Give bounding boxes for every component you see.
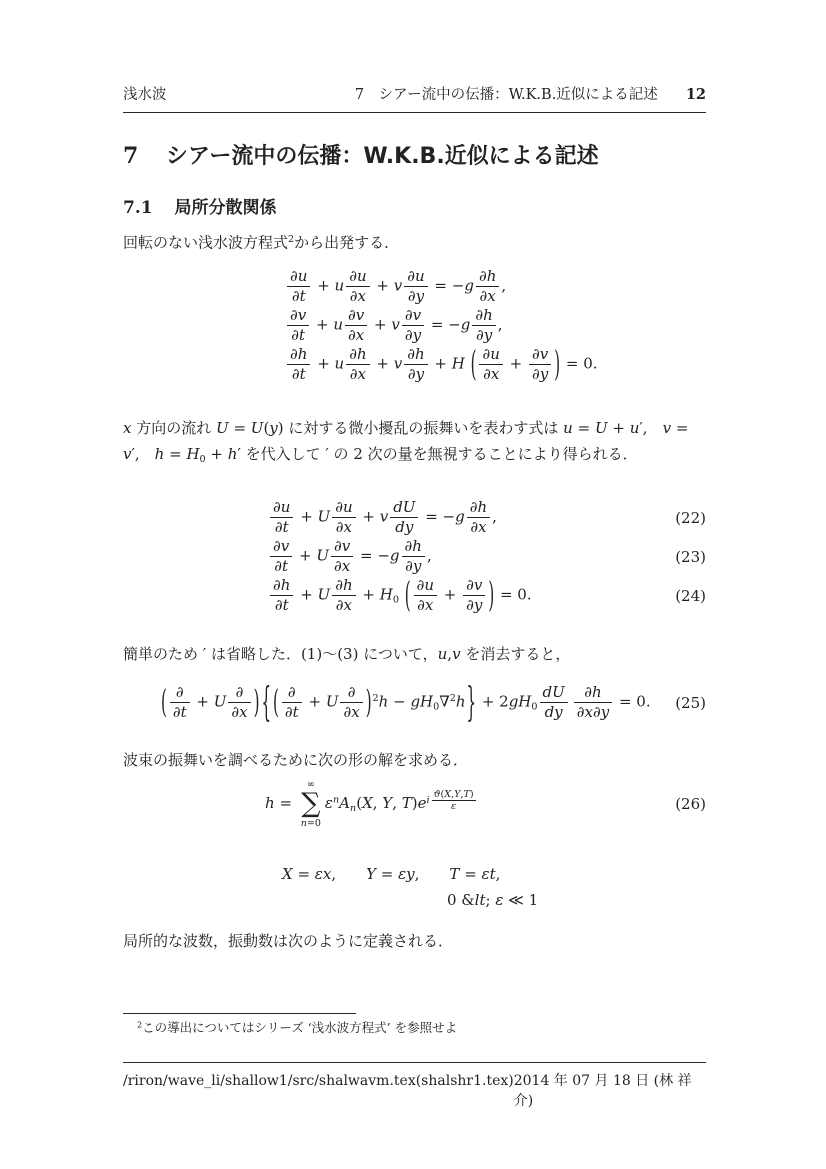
equation-epsilon-condition: 0 &lt; ε ≪ 1 <box>123 888 706 912</box>
equation-26: h = ∞∑n=0εnAn(X, Y, T)eiϑ(X,Y,T)ε <box>123 779 675 829</box>
equation-number: (26) <box>675 795 706 813</box>
equations-scaling: X = εx,Y = εy,T = εt, 0 &lt; ε ≪ 1 <box>123 860 706 914</box>
header-left-title: 浅水波 <box>123 83 167 104</box>
page-footer: /riron/wave_li/shallow1/src/shalwavm.tex… <box>123 1062 706 1110</box>
footnote-rule <box>123 1013 356 1014</box>
document-page: 浅水波 7 シアー流中の伝播：W.K.B.近似による記述 12 7 シアー流中の… <box>0 0 826 1169</box>
equation-wkb: h = ∞∑n=0εnAn(X, Y, T)eiϑ(X,Y,T)ε (26) <box>123 777 706 831</box>
equation-number: (24) <box>675 587 706 605</box>
paragraph-local-wavenumber: 局所的な波数，振動数は次のように定義される． <box>123 928 706 954</box>
section-heading: 7 シアー流中の伝播：W.K.B.近似による記述 <box>123 139 706 170</box>
footer-file-path: /riron/wave_li/shallow1/src/shalwavm.tex… <box>123 1073 514 1089</box>
equation-slow-variables: X = εx,Y = εy,T = εt, <box>123 862 706 886</box>
footer-date-author: 2014 年 07 月 18 日 (林 祥介) <box>514 1070 706 1110</box>
equation-24: ∂h∂t + U∂h∂x + H0 (∂u∂x + ∂v∂y) = 0. <box>123 577 675 614</box>
equation-row: ∂v∂t + U∂v∂x = −g∂h∂y, (23) <box>123 538 706 575</box>
page-header: 浅水波 7 シアー流中の伝播：W.K.B.近似による記述 12 <box>123 83 706 113</box>
equation-number: (22) <box>675 509 706 527</box>
footnote-area: 2この導出についてはシリーズ ‘浅水波方程式’ を参照せよ <box>123 1013 706 1036</box>
footnote-text: 2この導出についてはシリーズ ‘浅水波方程式’ を参照せよ <box>123 1018 706 1036</box>
subsection-number: 7.1 <box>123 198 153 218</box>
equation-number: (25) <box>675 694 706 712</box>
equation-number: (23) <box>675 548 706 566</box>
equation-row: h = ∞∑n=0εnAn(X, Y, T)eiϑ(X,Y,T)ε (26) <box>123 779 706 829</box>
equation-row: (∂∂t + U∂∂x){(∂∂t + U∂∂x)2h − gH0∇2h} + … <box>123 684 706 721</box>
equation-combined: (∂∂t + U∂∂x){(∂∂t + U∂∂x)2h − gH0∇2h} + … <box>123 682 706 723</box>
equation-momentum-x: ∂u∂t + u∂u∂x + v∂u∂y = −g∂h∂x, <box>123 268 706 305</box>
paragraph-elimination: 簡単のため ′ は省略した．(1)～(3) について，u,v を消去すると， <box>123 641 706 667</box>
paragraph-intro: 回転のない浅水波方程式2から出発する． <box>123 227 706 255</box>
equation-23: ∂v∂t + U∂v∂x = −g∂h∂y, <box>123 538 675 575</box>
equation-22: ∂u∂t + U∂u∂x + vdUdy = −g∂h∂x, <box>123 499 675 536</box>
paragraph-linearization: x 方向の流れ U = U(y) に対する微小擾乱の振舞いを表わす式は u = … <box>123 415 706 473</box>
equation-row: ∂h∂t + U∂h∂x + H0 (∂u∂x + ∂v∂y) = 0. (24… <box>123 577 706 614</box>
equation-continuity: ∂h∂t + u∂h∂x + v∂h∂y + H (∂u∂x + ∂v∂y) =… <box>123 346 706 383</box>
section-number: 7 <box>123 143 138 169</box>
subsection-heading: 7.1 局所分散関係 <box>123 193 706 218</box>
section-title: シアー流中の伝播：W.K.B.近似による記述 <box>166 144 599 169</box>
header-section-title: 7 シアー流中の伝播：W.K.B.近似による記述 <box>355 83 658 104</box>
paragraph-wave-packet: 波束の振舞いを調べるために次の形の解を求める． <box>123 747 706 773</box>
equation-row: ∂u∂t + U∂u∂x + vdUdy = −g∂h∂x, (22) <box>123 499 706 536</box>
equation-momentum-y: ∂v∂t + u∂v∂x + v∂v∂y = −g∂h∂y, <box>123 307 706 344</box>
equations-shallow-water: ∂u∂t + u∂u∂x + v∂u∂y = −g∂h∂x, ∂v∂t + u∂… <box>123 266 706 385</box>
equation-25: (∂∂t + U∂∂x){(∂∂t + U∂∂x)2h − gH0∇2h} + … <box>123 684 675 721</box>
header-page-number: 12 <box>686 86 706 103</box>
subsection-title: 局所分散関係 <box>175 198 277 218</box>
equations-linearized: ∂u∂t + U∂u∂x + vdUdy = −g∂h∂x, (22) ∂v∂t… <box>123 497 706 616</box>
